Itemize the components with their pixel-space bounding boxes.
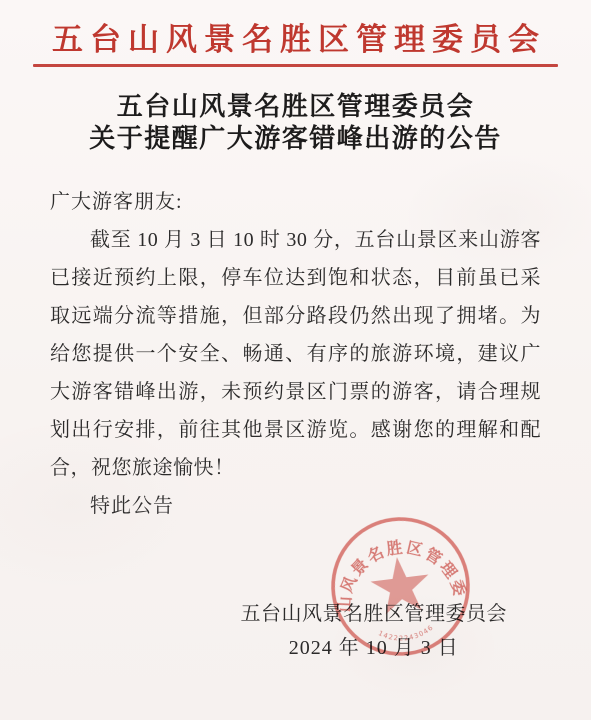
- document-title-line1: 五台山风景名胜区管理委员会: [0, 91, 591, 123]
- signature-organization: 五台山风景名胜区管理委员会: [241, 597, 508, 631]
- letterhead-agency-title: 五台山风景名胜区管理委员会: [0, 0, 591, 60]
- document-title-line2: 关于提醒广大游客错峰出游的公告: [0, 123, 591, 155]
- signature-block: 五台山风景名胜区管理委员会 2024 年 10 月 3 日: [241, 597, 508, 665]
- letterhead-divider-rule: [33, 64, 558, 67]
- document-body: 广大游客朋友: 截至 10 月 3 日 10 时 30 分，五台山景区来山游客已…: [50, 183, 541, 525]
- notice-document-page: 五台山风景名胜区管理委员会 五台山风景名胜区管理委员会 关于提醒广大游客错峰出游…: [0, 0, 591, 720]
- body-paragraph: 截至 10 月 3 日 10 时 30 分，五台山景区来山游客已接近预约上限，停…: [50, 221, 541, 487]
- closing-phrase: 特此公告: [50, 487, 541, 525]
- signature-date: 2024 年 10 月 3 日: [241, 631, 508, 665]
- salutation-line: 广大游客朋友:: [50, 183, 541, 221]
- document-title: 五台山风景名胜区管理委员会 关于提醒广大游客错峰出游的公告: [0, 91, 591, 155]
